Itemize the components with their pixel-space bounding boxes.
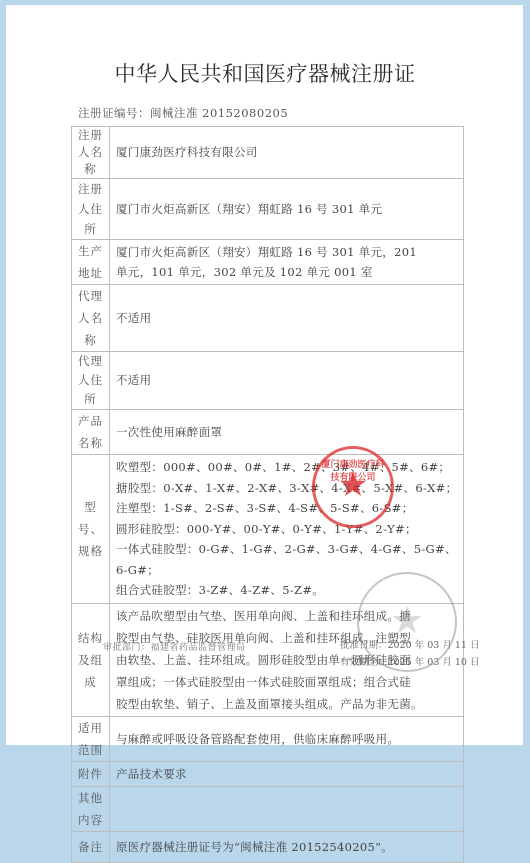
valid-until: 有效期至：2025 年 03 月 10 日 [340, 654, 479, 671]
approving-department-value: 福建省药品监督管理局 [151, 643, 246, 653]
approving-department-label: 审批部门： [103, 643, 151, 653]
dates-block: 批准日期：2020 年 03 月 11 日 有效期至：2025 年 03 月 1… [340, 637, 479, 671]
approval-date-label: 批准日期： [340, 640, 388, 651]
valid-until-value: 2025 年 03 月 10 日 [388, 657, 480, 668]
row-label: 型号、规格 [72, 455, 110, 604]
row-label: 结构及组成 [72, 603, 110, 716]
row-value: 厦门康劲医疗科技有限公司 [110, 127, 464, 179]
row-label: 适用范围 [72, 716, 110, 750]
row-label: 生产地址 [72, 240, 110, 285]
approval-date-value: 2020 年 03 月 11 日 [388, 640, 480, 651]
table-row-registrant-address: 注册人住所 厦门市火炬高新区（翔安）翔虹路 16 号 301 单元 [72, 179, 464, 240]
row-label: 代理人住所 [72, 352, 110, 410]
row-value: 不适用 [110, 285, 464, 352]
row-value: 厦门市火炬高新区（翔安）翔虹路 16 号 301 单元，201 单元，101 单… [110, 240, 464, 285]
table-row-agent-address: 代理人住所 不适用 [72, 352, 464, 410]
table-row-scope-of-application: 适用范围 与麻醉或呼吸设备管路配套使用，供临床麻醉呼吸用。 [72, 716, 464, 750]
document-title: 中华人民共和国医疗器械注册证 [0, 58, 530, 88]
approval-date: 批准日期：2020 年 03 月 11 日 [340, 637, 479, 654]
certificate-number-label: 注册证编号： [78, 106, 150, 120]
row-label: 注册人名称 [72, 127, 110, 179]
table-row-production-address: 生产地址 厦门市火炬高新区（翔安）翔虹路 16 号 301 单元，201 单元，… [72, 240, 464, 285]
row-label: 注册人住所 [72, 179, 110, 240]
table-row-registrant-name: 注册人名称 厦门康劲医疗科技有限公司 [72, 127, 464, 179]
row-label: 代理人名称 [72, 285, 110, 352]
table-row-agent-name: 代理人名称 不适用 [72, 285, 464, 352]
row-value: 不适用 [110, 352, 464, 410]
row-value: 厦门市火炬高新区（翔安）翔虹路 16 号 301 单元 [110, 179, 464, 240]
certificate-number-value: 闽械注准 20152080205 [150, 106, 288, 120]
valid-until-label: 有效期至： [340, 657, 388, 668]
table-row-model-specification: 型号、规格 吹塑型：000#、00#、0#、1#、2#、3#、4#、5#、6#；… [72, 455, 464, 604]
row-label: 产品名称 [72, 410, 110, 455]
certificate-number: 注册证编号：闽械注准 20152080205 [78, 105, 288, 121]
row-value: 一次性使用麻醉面罩 [110, 410, 464, 455]
row-value: 与麻醉或呼吸设备管路配套使用，供临床麻醉呼吸用。 [110, 716, 464, 750]
row-value: 吹塑型：000#、00#、0#、1#、2#、3#、4#、5#、6#； 搪胶型：0… [110, 455, 464, 604]
approving-department: 审批部门：福建省药品监督管理局 [103, 640, 246, 653]
table-row-product-name: 产品名称 一次性使用麻醉面罩 [72, 410, 464, 455]
